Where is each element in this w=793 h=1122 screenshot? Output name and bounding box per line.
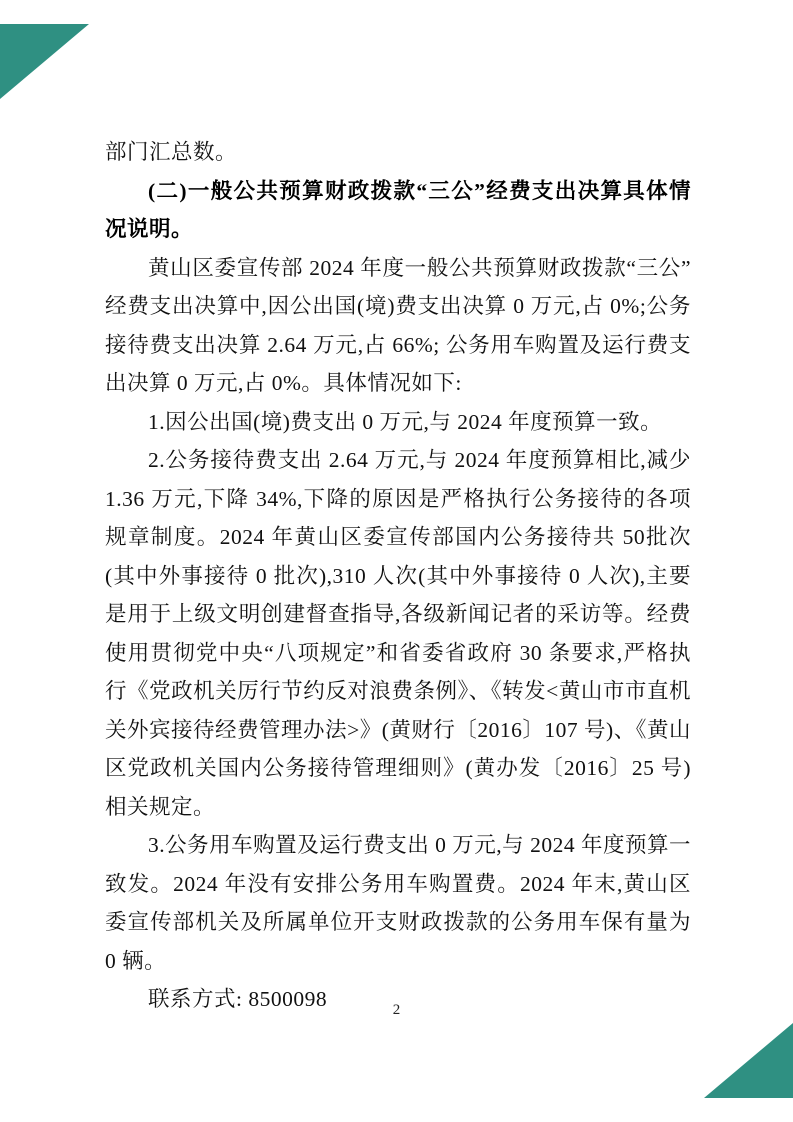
paragraph-overview: 黄山区委宣传部 2024 年度一般公共预算财政拨款“三公”经费支出决算中,因公出…	[105, 249, 691, 403]
paragraph-item-1: 1.因公出国(境)费支出 0 万元,与 2024 年度预算一致。	[105, 403, 691, 442]
paragraph-item-2: 2.公务接待费支出 2.64 万元,与 2024 年度预算相比,减少 1.36 …	[105, 441, 691, 826]
document-page: 部门汇总数。 (二)一般公共预算财政拨款“三公”经费支出决算具体情况说明。 黄山…	[0, 0, 793, 1122]
paragraph-carryover: 部门汇总数。	[105, 133, 691, 172]
page-number: 2	[0, 1001, 793, 1019]
corner-ribbon-top-left-decoration	[0, 24, 89, 99]
paragraph-item-3: 3.公务用车购置及运行费支出 0 万元,与 2024 年度预算一致发。2024 …	[105, 826, 691, 980]
section-heading: (二)一般公共预算财政拨款“三公”经费支出决算具体情况说明。	[105, 172, 691, 249]
document-body: 部门汇总数。 (二)一般公共预算财政拨款“三公”经费支出决算具体情况说明。 黄山…	[105, 133, 691, 1019]
corner-ribbon-bottom-right-decoration	[704, 1023, 793, 1098]
